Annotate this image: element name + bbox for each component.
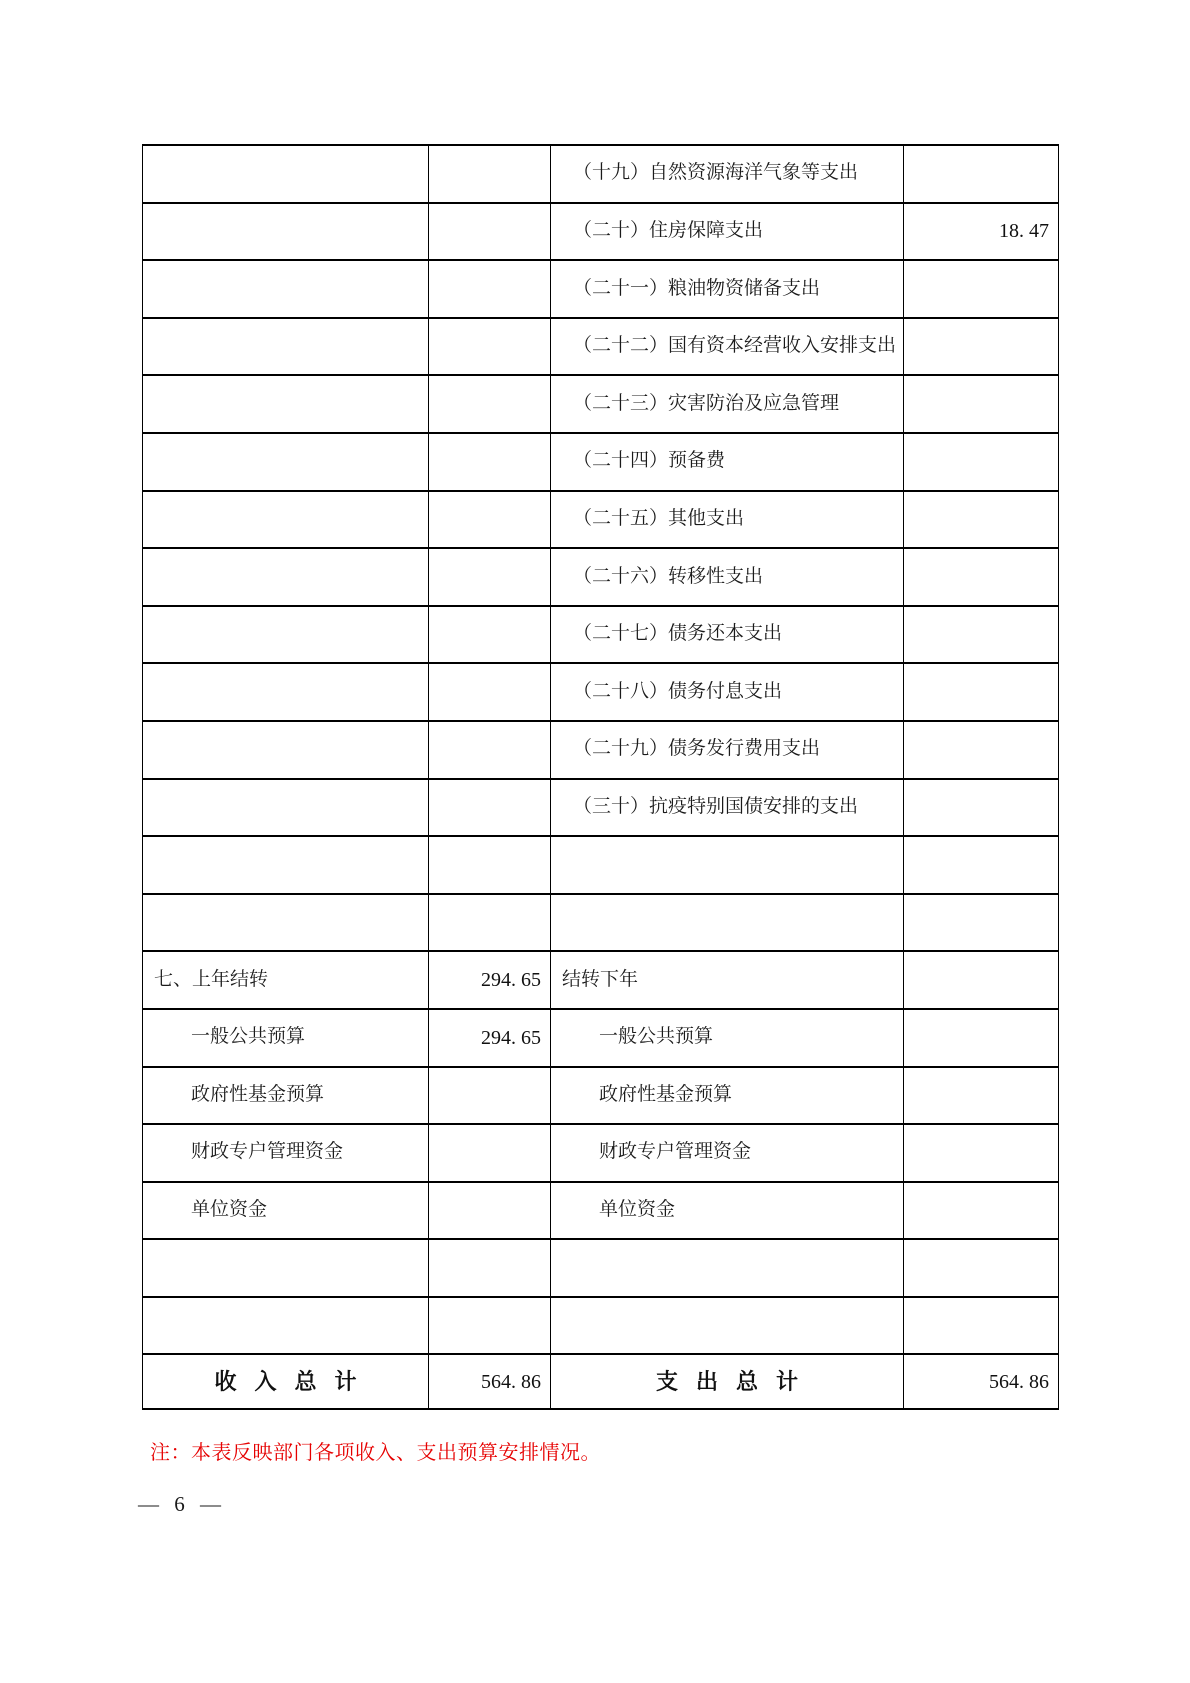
- expenditure-label: （二十二）国有资本经营收入安排支出: [573, 335, 896, 358]
- expenditure-value-cell: [904, 894, 1059, 952]
- expenditure-value-cell: [904, 1182, 1059, 1240]
- page-number: — 6 —: [138, 1492, 223, 1517]
- expenditure-label-cell: 一般公共预算: [551, 1009, 904, 1067]
- expenditure-label-cell: （二十九）债务发行费用支出: [551, 721, 904, 779]
- expenditure-value-cell: [904, 1124, 1059, 1182]
- expenditure-label-cell: （十九）自然资源海洋气象等支出: [551, 145, 904, 203]
- income-value: 564. 86: [481, 1370, 541, 1394]
- income-label-cell: [143, 491, 429, 549]
- table-row: 财政专户管理资金 财政专户管理资金: [143, 1124, 1059, 1182]
- expenditure-label: （二十七）债务还本支出: [573, 623, 782, 646]
- expenditure-value: 18. 47: [999, 219, 1049, 243]
- income-label-cell: [143, 260, 429, 318]
- income-value-cell: [429, 606, 551, 664]
- expenditure-label-cell: 结转下年: [551, 951, 904, 1009]
- income-label-cell: 七、上年结转: [143, 951, 429, 1009]
- expenditure-value-cell: [904, 548, 1059, 606]
- expenditure-label-cell: [551, 894, 904, 952]
- expenditure-value-cell: [904, 1067, 1059, 1125]
- income-value-cell: [429, 1297, 551, 1355]
- expenditure-label-cell: （二十六）转移性支出: [551, 548, 904, 606]
- income-label-cell: [143, 433, 429, 491]
- income-value-cell: [429, 779, 551, 837]
- income-label-cell: [143, 779, 429, 837]
- income-value-cell: [429, 836, 551, 894]
- expenditure-value-cell: [904, 721, 1059, 779]
- expenditure-label-cell: （二十二）国有资本经营收入安排支出: [551, 318, 904, 376]
- table-row: 一般公共预算 294. 65 一般公共预算: [143, 1009, 1059, 1067]
- expenditure-value-cell: [904, 1297, 1059, 1355]
- table-row: [143, 836, 1059, 894]
- expenditure-value-cell: [904, 951, 1059, 1009]
- expenditure-label: （二十三）灾害防治及应急管理: [573, 393, 839, 416]
- expenditure-label-cell: 财政专户管理资金: [551, 1124, 904, 1182]
- income-label-cell: [143, 203, 429, 261]
- income-value: 294. 65: [481, 968, 541, 992]
- document-page: （十九）自然资源海洋气象等支出 （二十）住房保障支出 18. 47 （二十一）粮…: [0, 0, 1190, 1683]
- income-value-cell: [429, 663, 551, 721]
- expenditure-label-cell: [551, 1297, 904, 1355]
- expenditure-label-cell: [551, 836, 904, 894]
- income-label-cell: [143, 836, 429, 894]
- expenditure-value-cell: [904, 1009, 1059, 1067]
- income-value-cell: [429, 491, 551, 549]
- income-label-cell: 单位资金: [143, 1182, 429, 1240]
- expenditure-value: 564. 86: [989, 1370, 1049, 1394]
- expenditure-label: 财政专户管理资金: [599, 1141, 751, 1164]
- expenditure-label-cell: （二十五）其他支出: [551, 491, 904, 549]
- expenditure-label: 一般公共预算: [599, 1026, 713, 1049]
- income-value-cell: [429, 894, 551, 952]
- expenditure-label-cell: （二十）住房保障支出: [551, 203, 904, 261]
- income-value-cell: [429, 145, 551, 203]
- income-label-cell: [143, 375, 429, 433]
- expenditure-label: 政府性基金预算: [599, 1084, 732, 1107]
- table-row: 政府性基金预算 政府性基金预算: [143, 1067, 1059, 1125]
- table-row: （二十五）其他支出: [143, 491, 1059, 549]
- expenditure-label: 结转下年: [562, 969, 638, 992]
- income-value-cell: [429, 1124, 551, 1182]
- expenditure-label: 支出总计: [656, 1369, 816, 1395]
- table-row: [143, 1297, 1059, 1355]
- table-row: （二十四）预备费: [143, 433, 1059, 491]
- expenditure-label-cell: （二十四）预备费: [551, 433, 904, 491]
- expenditure-label: （二十）住房保障支出: [573, 220, 763, 243]
- income-label-cell: 一般公共预算: [143, 1009, 429, 1067]
- income-label-cell: 财政专户管理资金: [143, 1124, 429, 1182]
- income-value-cell: [429, 318, 551, 376]
- income-label-cell: [143, 606, 429, 664]
- income-label: 单位资金: [191, 1199, 267, 1222]
- table-note: 注：本表反映部门各项收入、支出预算安排情况。: [150, 1436, 601, 1465]
- income-value: 294. 65: [481, 1026, 541, 1050]
- table-row: （二十七）债务还本支出: [143, 606, 1059, 664]
- expenditure-value-cell: [904, 145, 1059, 203]
- income-value-cell: [429, 1067, 551, 1125]
- table-row: （二十八）债务付息支出: [143, 663, 1059, 721]
- table-row: （二十六）转移性支出: [143, 548, 1059, 606]
- income-label: 财政专户管理资金: [191, 1141, 343, 1164]
- table-row: 七、上年结转 294. 65 结转下年: [143, 951, 1059, 1009]
- table-row: （三十）抗疫特别国债安排的支出: [143, 779, 1059, 837]
- expenditure-label: （二十五）其他支出: [573, 508, 744, 531]
- expenditure-label-cell: 支出总计: [551, 1354, 904, 1409]
- expenditure-value-cell: 564. 86: [904, 1354, 1059, 1409]
- income-value-cell: [429, 721, 551, 779]
- expenditure-value-cell: [904, 375, 1059, 433]
- expenditure-label-cell: （二十三）灾害防治及应急管理: [551, 375, 904, 433]
- expenditure-label-cell: [551, 1239, 904, 1297]
- expenditure-value-cell: [904, 491, 1059, 549]
- expenditure-label: （二十九）债务发行费用支出: [573, 738, 820, 761]
- table-body: （十九）自然资源海洋气象等支出 （二十）住房保障支出 18. 47 （二十一）粮…: [143, 145, 1059, 1409]
- expenditure-value-cell: [904, 779, 1059, 837]
- table-row: （二十三）灾害防治及应急管理: [143, 375, 1059, 433]
- income-value-cell: [429, 1182, 551, 1240]
- table-row: （二十）住房保障支出 18. 47: [143, 203, 1059, 261]
- income-label-cell: [143, 894, 429, 952]
- income-value-cell: 564. 86: [429, 1354, 551, 1409]
- table-row: （十九）自然资源海洋气象等支出: [143, 145, 1059, 203]
- expenditure-value-cell: [904, 1239, 1059, 1297]
- income-expenditure-budget-table: （十九）自然资源海洋气象等支出 （二十）住房保障支出 18. 47 （二十一）粮…: [142, 144, 1059, 1410]
- income-label-cell: [143, 721, 429, 779]
- expenditure-label: （二十六）转移性支出: [573, 566, 763, 589]
- income-label-cell: [143, 1297, 429, 1355]
- expenditure-value-cell: [904, 433, 1059, 491]
- expenditure-label: （二十四）预备费: [573, 450, 725, 473]
- income-label-cell: [143, 145, 429, 203]
- expenditure-label-cell: （三十）抗疫特别国债安排的支出: [551, 779, 904, 837]
- income-label-cell: [143, 663, 429, 721]
- table-row: 收入总计 564. 86 支出总计 564. 86: [143, 1354, 1059, 1409]
- income-label-cell: 政府性基金预算: [143, 1067, 429, 1125]
- income-label: 七、上年结转: [154, 969, 268, 992]
- income-value-cell: [429, 433, 551, 491]
- income-label-cell: [143, 1239, 429, 1297]
- expenditure-value-cell: [904, 606, 1059, 664]
- expenditure-label: （十九）自然资源海洋气象等支出: [573, 162, 858, 185]
- income-value-cell: [429, 203, 551, 261]
- income-value-cell: [429, 260, 551, 318]
- income-label-cell: 收入总计: [143, 1354, 429, 1409]
- table-row: （二十二）国有资本经营收入安排支出: [143, 318, 1059, 376]
- expenditure-label: （二十八）债务付息支出: [573, 681, 782, 704]
- income-value-cell: [429, 375, 551, 433]
- income-value-cell: 294. 65: [429, 1009, 551, 1067]
- income-label-cell: [143, 318, 429, 376]
- expenditure-value-cell: [904, 260, 1059, 318]
- table-row: （二十一）粮油物资储备支出: [143, 260, 1059, 318]
- income-label-cell: [143, 548, 429, 606]
- income-value-cell: [429, 548, 551, 606]
- expenditure-label: （三十）抗疫特别国债安排的支出: [573, 796, 858, 819]
- table-row: （二十九）债务发行费用支出: [143, 721, 1059, 779]
- expenditure-label: 单位资金: [599, 1199, 675, 1222]
- expenditure-label-cell: （二十七）债务还本支出: [551, 606, 904, 664]
- table-row: [143, 894, 1059, 952]
- table-row: 单位资金 单位资金: [143, 1182, 1059, 1240]
- income-value-cell: 294. 65: [429, 951, 551, 1009]
- expenditure-value-cell: [904, 663, 1059, 721]
- income-value-cell: [429, 1239, 551, 1297]
- expenditure-value-cell: [904, 318, 1059, 376]
- expenditure-label-cell: （二十一）粮油物资储备支出: [551, 260, 904, 318]
- table-row: [143, 1239, 1059, 1297]
- expenditure-label: （二十一）粮油物资储备支出: [573, 278, 820, 301]
- income-label: 政府性基金预算: [191, 1084, 324, 1107]
- expenditure-label-cell: 单位资金: [551, 1182, 904, 1240]
- expenditure-label-cell: （二十八）债务付息支出: [551, 663, 904, 721]
- expenditure-label-cell: 政府性基金预算: [551, 1067, 904, 1125]
- expenditure-value-cell: 18. 47: [904, 203, 1059, 261]
- expenditure-value-cell: [904, 836, 1059, 894]
- income-label: 一般公共预算: [191, 1026, 305, 1049]
- income-label: 收入总计: [214, 1369, 374, 1395]
